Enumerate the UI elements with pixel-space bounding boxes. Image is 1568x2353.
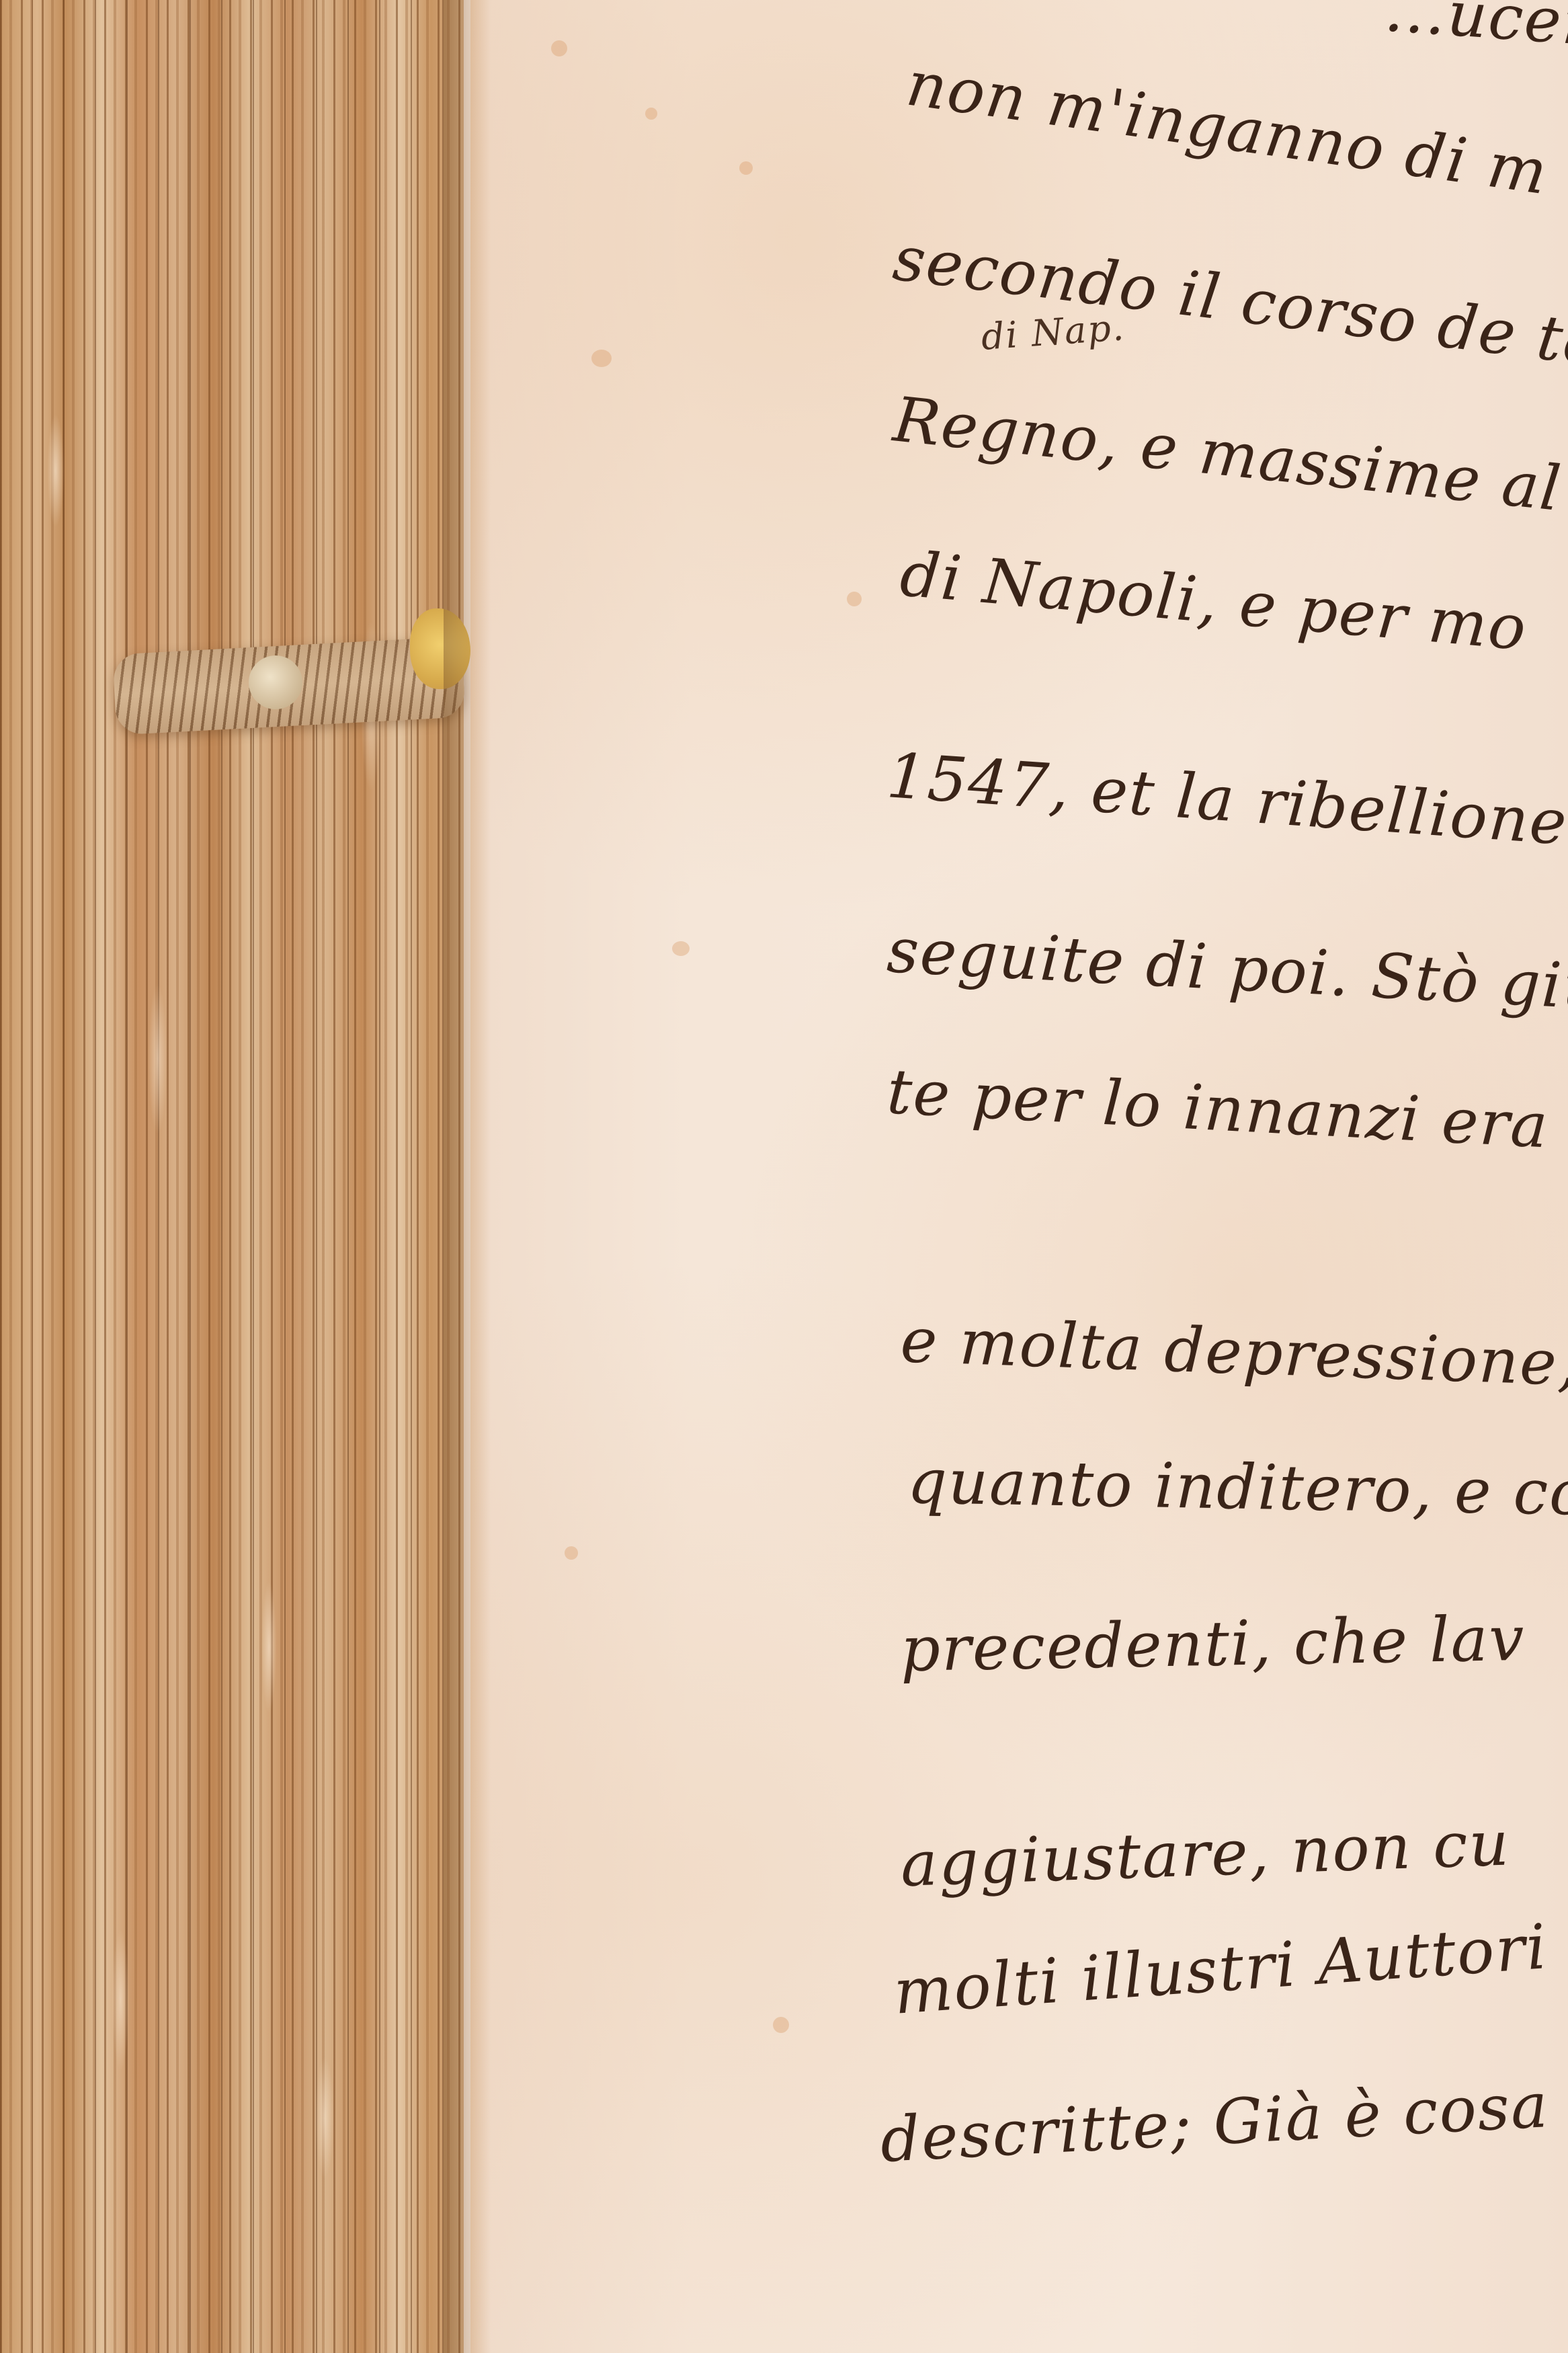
book-text-block-edge (0, 0, 464, 2353)
manuscript-line: di Napoli, e per mo (897, 538, 1530, 664)
foxing-spot (645, 108, 657, 120)
manuscript-line: secondo il corso de tem (889, 222, 1568, 387)
manuscript-line: te per lo innanzi era (885, 1055, 1551, 1162)
manuscript-line: seguite di poi. Stò giud (885, 914, 1568, 1026)
sewing-knot (249, 655, 302, 709)
foxing-spot (565, 1546, 578, 1560)
manuscript-line: descritte; Già è cosa (878, 2069, 1551, 2176)
foxing-spot (773, 2017, 789, 2033)
manuscript-line: aggiustare, non cu (899, 1807, 1511, 1901)
manuscript-line: non m'inganno di m (903, 48, 1553, 209)
manuscript-text: …ucen non m'inganno di m secondo il cors… (874, 0, 1568, 2353)
manuscript-line: 1547, et la ribellione d (884, 740, 1568, 863)
manuscript-line: Regno, e massime al (890, 383, 1565, 525)
manuscript-line: molti illustri Auttori (891, 1911, 1550, 2028)
foxing-spot (847, 592, 862, 606)
foxing-spot (551, 40, 567, 56)
manuscript-line: …ucen (1382, 0, 1568, 61)
manuscript-line-interlinear: di Nap. (980, 306, 1126, 358)
manuscript-line: e molta depressione, (899, 1304, 1568, 1400)
foxing-spot (739, 161, 753, 175)
manuscript-line: precedenti, che lav (900, 1603, 1526, 1685)
manuscript-line: quanto inditero, e con (907, 1445, 1568, 1530)
foxing-spot (672, 941, 690, 956)
foxing-spot (591, 350, 612, 367)
gutter-crease (470, 0, 491, 2353)
